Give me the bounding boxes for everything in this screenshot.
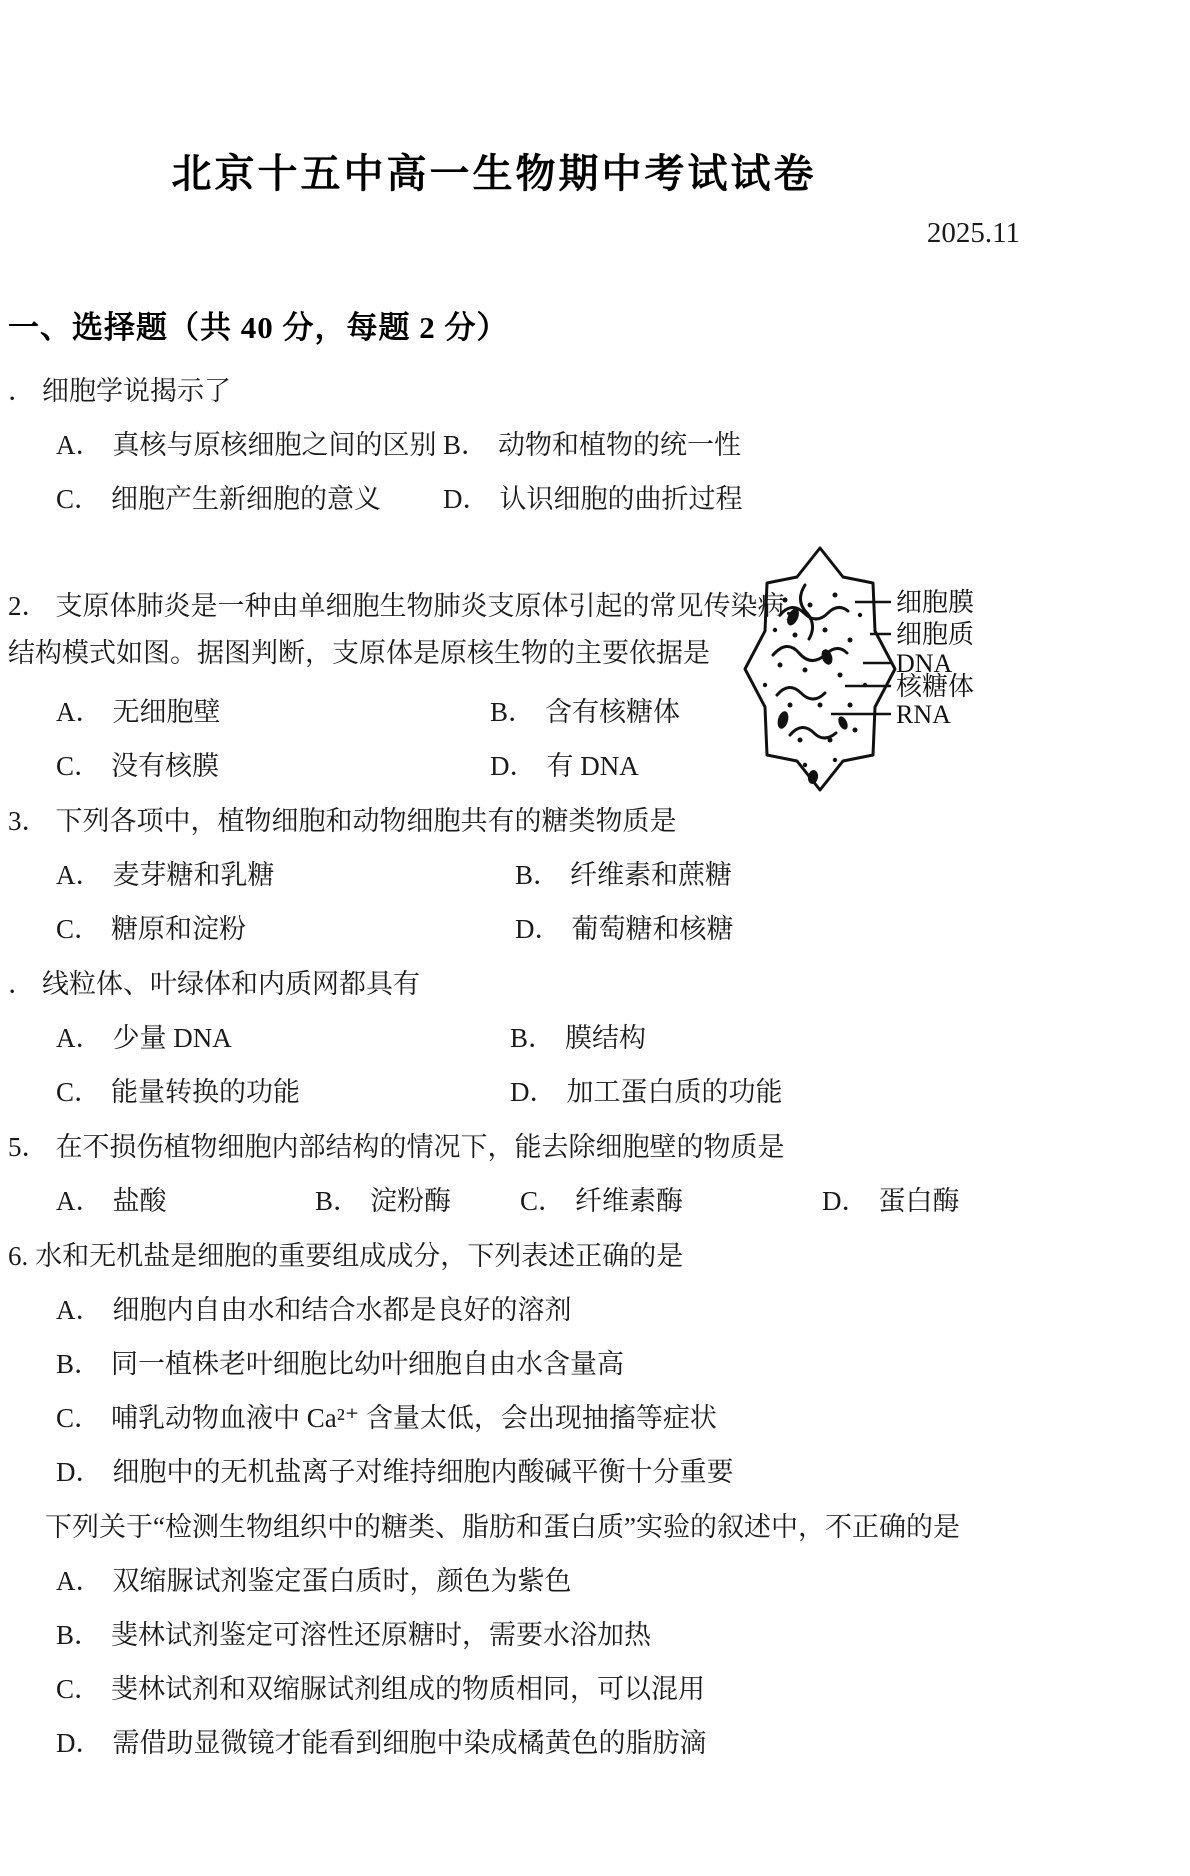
answer-option: A．少量 DNA bbox=[56, 1021, 510, 1055]
mycoplasma-diagram: 细胞膜 细胞质 DNA 核糖体 RNA bbox=[735, 545, 1185, 797]
question-options: A．盐酸 B．淀粉酶 C．纤维素酶 D．蛋白酶 bbox=[8, 1184, 1160, 1218]
answer-option: B．同一植株老叶细胞比幼叶细胞自由水含量高 bbox=[56, 1347, 1160, 1381]
option-text: 哺乳动物血液中 Ca²⁺ 含量太低，会出现抽搐等症状 bbox=[111, 1403, 717, 1433]
question-options: A．少量 DNA B．膜结构 C．能量转换的功能 D．加工蛋白质的功能 bbox=[8, 1021, 1160, 1109]
option-label: D． bbox=[510, 1077, 557, 1107]
option-label: A． bbox=[56, 1295, 103, 1325]
option-text: 盐酸 bbox=[113, 1186, 167, 1216]
option-label: C． bbox=[56, 914, 101, 944]
answer-option: B．膜结构 bbox=[510, 1021, 1160, 1055]
option-text: 麦芽糖和乳糖 bbox=[113, 860, 275, 890]
option-text: 蛋白酶 bbox=[879, 1186, 960, 1216]
option-label: A． bbox=[56, 1023, 103, 1053]
option-label: B． bbox=[56, 1620, 101, 1650]
option-text: 葡萄糖和核糖 bbox=[572, 914, 734, 944]
exam-date: 2025.11 bbox=[8, 217, 1160, 250]
option-label: D． bbox=[56, 1457, 103, 1487]
option-text: 有 DNA bbox=[547, 751, 639, 781]
question: 5．在不损伤植物细胞内部结构的情况下，能去除细胞壁的物质是 A．盐酸 B．淀粉酶… bbox=[8, 1129, 1160, 1218]
option-text: 纤维素和蔗糖 bbox=[570, 860, 732, 890]
question-number: 2． bbox=[8, 591, 49, 621]
option-label: D． bbox=[822, 1186, 869, 1216]
answer-option: B．斐林试剂鉴定可溶性还原糖时，需要水浴加热 bbox=[56, 1618, 1160, 1652]
answer-option: C．纤维素酶 bbox=[520, 1184, 822, 1218]
option-label: A． bbox=[56, 1186, 103, 1216]
option-text: 膜结构 bbox=[565, 1023, 646, 1053]
question-number: 3． bbox=[8, 806, 49, 836]
option-text: 细胞中的无机盐离子对维持细胞内酸碱平衡十分重要 bbox=[113, 1457, 734, 1487]
answer-option: A．无细胞壁 bbox=[56, 695, 490, 729]
answer-option: B．纤维素和蔗糖 bbox=[515, 858, 1160, 892]
option-text: 加工蛋白质的功能 bbox=[567, 1077, 783, 1107]
option-label: B． bbox=[443, 430, 488, 460]
option-text: 斐林试剂鉴定可溶性还原糖时，需要水浴加热 bbox=[111, 1620, 651, 1650]
question: 3．下列各项中，植物细胞和动物细胞共有的糖类物质是 A．麦芽糖和乳糖 B．纤维素… bbox=[8, 803, 1160, 946]
answer-option: C．哺乳动物血液中 Ca²⁺ 含量太低，会出现抽搐等症状 bbox=[56, 1401, 1160, 1435]
answer-option: B．淀粉酶 bbox=[315, 1184, 520, 1218]
option-text: 细胞内自由水和结合水都是良好的溶剂 bbox=[113, 1295, 572, 1325]
option-text: 同一植株老叶细胞比幼叶细胞自由水含量高 bbox=[111, 1349, 624, 1379]
answer-option: A．盐酸 bbox=[56, 1184, 315, 1218]
option-label: C． bbox=[56, 751, 101, 781]
question-stem: 水和无机盐是细胞的重要组成成分，下列表述正确的是 bbox=[35, 1241, 683, 1271]
diagram-label-cytoplasm: 细胞质 bbox=[896, 620, 974, 649]
question-number: ． bbox=[8, 969, 35, 999]
answer-option: D．蛋白酶 bbox=[822, 1184, 1160, 1218]
option-label: B． bbox=[315, 1186, 360, 1216]
answer-option: D．加工蛋白质的功能 bbox=[510, 1075, 1160, 1109]
answer-option: A．双缩脲试剂鉴定蛋白质时，颜色为紫色 bbox=[56, 1564, 1160, 1598]
option-label: A． bbox=[56, 860, 103, 890]
option-text: 认识细胞的曲折过程 bbox=[500, 484, 743, 514]
question: 6.水和无机盐是细胞的重要组成成分，下列表述正确的是 A．细胞内自由水和结合水都… bbox=[8, 1238, 1160, 1489]
diagram-label-rna: RNA bbox=[896, 700, 951, 729]
option-label: B． bbox=[490, 697, 535, 727]
option-label: D． bbox=[56, 1728, 103, 1758]
answer-option: A．细胞内自由水和结合水都是良好的溶剂 bbox=[56, 1293, 1160, 1327]
answer-option: B．动物和植物的统一性 bbox=[443, 428, 1160, 462]
option-text: 双缩脲试剂鉴定蛋白质时，颜色为紫色 bbox=[113, 1566, 572, 1596]
diagram-label-ribosome: 核糖体 bbox=[896, 672, 974, 701]
option-text: 细胞产生新细胞的意义 bbox=[111, 484, 381, 514]
option-text: 无细胞壁 bbox=[113, 697, 221, 727]
option-label: D． bbox=[443, 484, 490, 514]
answer-option: D．细胞中的无机盐离子对维持细胞内酸碱平衡十分重要 bbox=[56, 1455, 1160, 1489]
answer-option: A．真核与原核细胞之间的区别 bbox=[56, 428, 443, 462]
section-heading: 一、选择题（共 40 分，每题 2 分） bbox=[8, 302, 1160, 347]
answer-option: A．麦芽糖和乳糖 bbox=[56, 858, 515, 892]
cell-outline bbox=[745, 548, 895, 790]
option-label: C． bbox=[56, 1403, 101, 1433]
option-label: B． bbox=[510, 1023, 555, 1053]
option-label: C． bbox=[56, 1077, 101, 1107]
question-stem: 线粒体、叶绿体和内质网都具有 bbox=[42, 969, 420, 999]
question-stem: 在不损伤植物细胞内部结构的情况下，能去除细胞壁的物质是 bbox=[56, 1132, 785, 1162]
option-text: 纤维素酶 bbox=[575, 1186, 683, 1216]
option-text: 没有核膜 bbox=[111, 751, 219, 781]
question-number: ． bbox=[8, 376, 35, 406]
answer-option: C．能量转换的功能 bbox=[56, 1075, 510, 1109]
answer-option: C．斐林试剂和双缩脲试剂组成的物质相同，可以混用 bbox=[56, 1672, 1160, 1706]
diagram-label-cell-membrane: 细胞膜 bbox=[896, 588, 974, 617]
question-number: 5． bbox=[8, 1132, 49, 1162]
option-label: A． bbox=[56, 430, 103, 460]
question-options: A．双缩脲试剂鉴定蛋白质时，颜色为紫色 B．斐林试剂鉴定可溶性还原糖时，需要水浴… bbox=[8, 1564, 1160, 1760]
option-text: 斐林试剂和双缩脲试剂组成的物质相同，可以混用 bbox=[111, 1674, 705, 1704]
exam-page: 北京十五中高一生物期中考试试卷 2025.11 一、选择题（共 40 分，每题 … bbox=[0, 0, 1190, 1876]
question-options: A．麦芽糖和乳糖 B．纤维素和蔗糖 C．糖原和淀粉 D．葡萄糖和核糖 bbox=[8, 858, 1160, 946]
option-text: 需借助显微镜才能看到细胞中染成橘黄色的脂肪滴 bbox=[113, 1728, 707, 1758]
option-text: 动物和植物的统一性 bbox=[498, 430, 741, 460]
option-label: C． bbox=[56, 484, 101, 514]
option-text: 淀粉酶 bbox=[370, 1186, 451, 1216]
exam-title: 北京十五中高一生物期中考试试卷 bbox=[8, 0, 1160, 199]
question-stem: 下列关于“检测生物组织中的糖类、脂肪和蛋白质”实验的叙述中，不正确的是 bbox=[45, 1512, 960, 1542]
answer-option: D．认识细胞的曲折过程 bbox=[443, 482, 1160, 516]
option-text: 少量 DNA bbox=[113, 1023, 232, 1053]
option-label: D． bbox=[490, 751, 537, 781]
question: ．细胞学说揭示了 A．真核与原核细胞之间的区别 B．动物和植物的统一性 C．细胞… bbox=[8, 373, 1160, 516]
answer-option: C．没有核膜 bbox=[56, 749, 490, 783]
answer-option: D．葡萄糖和核糖 bbox=[515, 912, 1160, 946]
option-label: C． bbox=[56, 1674, 101, 1704]
question-stem: 下列各项中，植物细胞和动物细胞共有的糖类物质是 bbox=[56, 806, 677, 836]
question-stem: 支原体肺炎是一种由单细胞生物肺炎支原体引起的常见传染病， 结构模式如图。据图判断… bbox=[8, 591, 812, 668]
answer-option: D．需借助显微镜才能看到细胞中染成橘黄色的脂肪滴 bbox=[56, 1726, 1160, 1760]
option-label: C． bbox=[520, 1186, 565, 1216]
option-label: A． bbox=[56, 1566, 103, 1596]
question-options: A．真核与原核细胞之间的区别 B．动物和植物的统一性 C．细胞产生新细胞的意义 … bbox=[8, 428, 1160, 516]
option-text: 真核与原核细胞之间的区别 bbox=[113, 430, 437, 460]
option-label: B． bbox=[56, 1349, 101, 1379]
option-label: B． bbox=[515, 860, 560, 890]
option-text: 糖原和淀粉 bbox=[111, 914, 246, 944]
question: ．线粒体、叶绿体和内质网都具有 A．少量 DNA B．膜结构 C．能量转换的功能… bbox=[8, 966, 1160, 1109]
question-options: A．细胞内自由水和结合水都是良好的溶剂 B．同一植株老叶细胞比幼叶细胞自由水含量… bbox=[8, 1293, 1160, 1489]
question-number: 6. bbox=[8, 1241, 28, 1271]
option-text: 含有核糖体 bbox=[545, 697, 680, 727]
answer-option: C．细胞产生新细胞的意义 bbox=[56, 482, 443, 516]
question-stem: 细胞学说揭示了 bbox=[42, 376, 231, 406]
question: 下列关于“检测生物组织中的糖类、脂肪和蛋白质”实验的叙述中，不正确的是 A．双缩… bbox=[8, 1509, 1160, 1760]
option-label: A． bbox=[56, 697, 103, 727]
option-label: D． bbox=[515, 914, 562, 944]
answer-option: C．糖原和淀粉 bbox=[56, 912, 515, 946]
option-text: 能量转换的功能 bbox=[111, 1077, 300, 1107]
